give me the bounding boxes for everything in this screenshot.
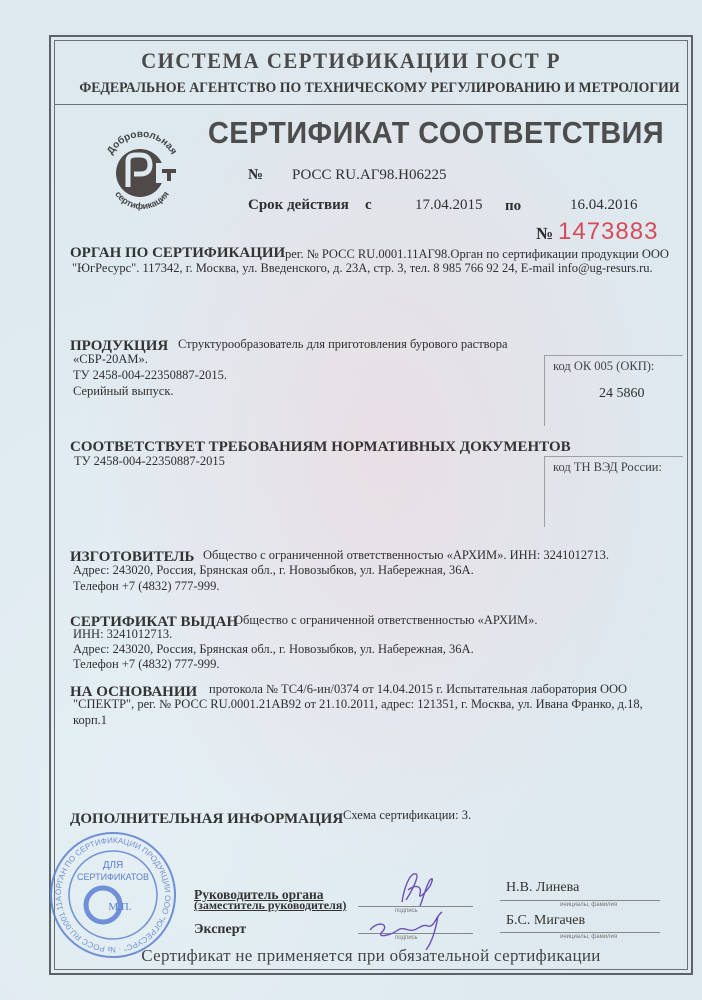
okp-code-box: код ОК 005 (ОКП): 24 5860: [544, 355, 683, 426]
issued-to-line3: Адрес: 243020, Россия, Брянская обл., г.…: [73, 642, 474, 657]
svg-text:М.П.: М.П.: [108, 901, 131, 913]
product-line4: Серийный выпуск.: [73, 384, 174, 399]
validity-label: Срок действия: [248, 197, 349, 214]
okp-code-value: 24 5860: [599, 386, 645, 402]
manufacturer-line3: Телефон +7 (4832) 777-999.: [73, 579, 219, 594]
handwritten-signature-icon: [360, 902, 470, 950]
valid-to-date: 16.04.2016: [570, 197, 638, 214]
additional-info-text: Схема сертификации: 3.: [343, 808, 471, 823]
expert-name-caption: инициалы, фамилия: [560, 934, 617, 940]
valid-from-date: 17.04.2015: [415, 197, 483, 214]
deputy-head-label: (заместитель руководителя): [194, 898, 346, 913]
issued-to-line2: ИНН: 3241012713.: [73, 627, 172, 642]
tnved-code-box: код ТН ВЭД России:: [544, 456, 683, 527]
basis-line2: "СПЕКТР", рег. № РОСС RU.0001.21АВ92 от …: [73, 697, 643, 712]
basis-line1: протокола № ТС4/6-ин/0374 от 14.04.2015 …: [209, 682, 627, 697]
stamp-seal-icon: ОРГАН ПО СЕРТИФИКАЦИИ ПРОДУКЦИИ ООО "ЮГР…: [48, 830, 178, 960]
system-title: СИСТЕМА СЕРТИФИКАЦИИ ГОСТ Р: [18, 48, 685, 74]
blank-serial-number: 1473883: [558, 218, 658, 246]
rst-logo-icon: Добровольная сертификация: [98, 127, 186, 215]
head-name: Н.В. Линева: [506, 880, 579, 896]
manufacturer-line1: Общество с ограниченной ответственностью…: [203, 548, 609, 563]
expert-signature: [360, 902, 470, 950]
voluntary-certification-note: Сертификат не применяется при обязательн…: [54, 946, 688, 966]
product-line1: Структурообразователь для приготовления …: [178, 337, 508, 352]
head-name-line: [500, 900, 660, 901]
number-sign: №: [248, 167, 263, 184]
official-stamp: ОРГАН ПО СЕРТИФИКАЦИИ ПРОДУКЦИИ ООО "ЮГР…: [48, 830, 178, 960]
agency-title: ФЕДЕРАЛЬНОЕ АГЕНТСТВО ПО ТЕХНИЧЕСКОМУ РЕ…: [79, 80, 662, 97]
compliance-line1: ТУ 2458-004-22350887-2015: [74, 454, 225, 469]
gost-r-voluntary-logo: Добровольная сертификация: [98, 127, 186, 215]
expert-label: Эксперт: [194, 922, 246, 938]
issued-to-line1: Общество с ограниченной ответственностью…: [234, 613, 538, 628]
issued-to-line4: Телефон +7 (4832) 777-999.: [73, 657, 219, 672]
certification-body-heading: ОРГАН ПО СЕРТИФИКАЦИИ: [70, 245, 285, 262]
head-name-caption: инициалы, фамилия: [560, 902, 617, 908]
svg-text:СЕРТИФИКАТОВ: СЕРТИФИКАТОВ: [77, 872, 149, 882]
basis-line3: корп.1: [73, 713, 107, 728]
expert-name-line: [500, 932, 660, 933]
validity-from-label: с: [365, 197, 372, 214]
certificate-number: РОСС RU.АГ98.Н06225: [292, 167, 446, 184]
product-line3: ТУ 2458-004-22350887-2015.: [73, 368, 227, 383]
additional-info-heading: ДОПОЛНИТЕЛЬНАЯ ИНФОРМАЦИЯ: [70, 811, 343, 828]
certification-body-line1: рег. № РОСС RU.0001.11АГ98.Орган по серт…: [285, 247, 669, 262]
svg-text:ДЛЯ: ДЛЯ: [103, 860, 124, 871]
blank-number-sign: №: [536, 224, 553, 244]
validity-to-label: по: [505, 198, 521, 215]
certificate-title: СЕРТИФИКАТ СООТВЕТСТВИЯ: [208, 115, 664, 151]
tnved-code-label: код ТН ВЭД России:: [553, 460, 662, 475]
certification-body-line2: "ЮгРесурс". 117342, г. Москва, ул. Введе…: [72, 261, 653, 276]
product-line2: «СБР-20АМ».: [73, 352, 148, 367]
okp-code-label: код ОК 005 (ОКП):: [553, 359, 654, 374]
manufacturer-line2: Адрес: 243020, Россия, Брянская обл., г.…: [73, 563, 474, 578]
header-divider: [54, 104, 688, 105]
expert-name: Б.С. Мигачев: [506, 913, 585, 929]
